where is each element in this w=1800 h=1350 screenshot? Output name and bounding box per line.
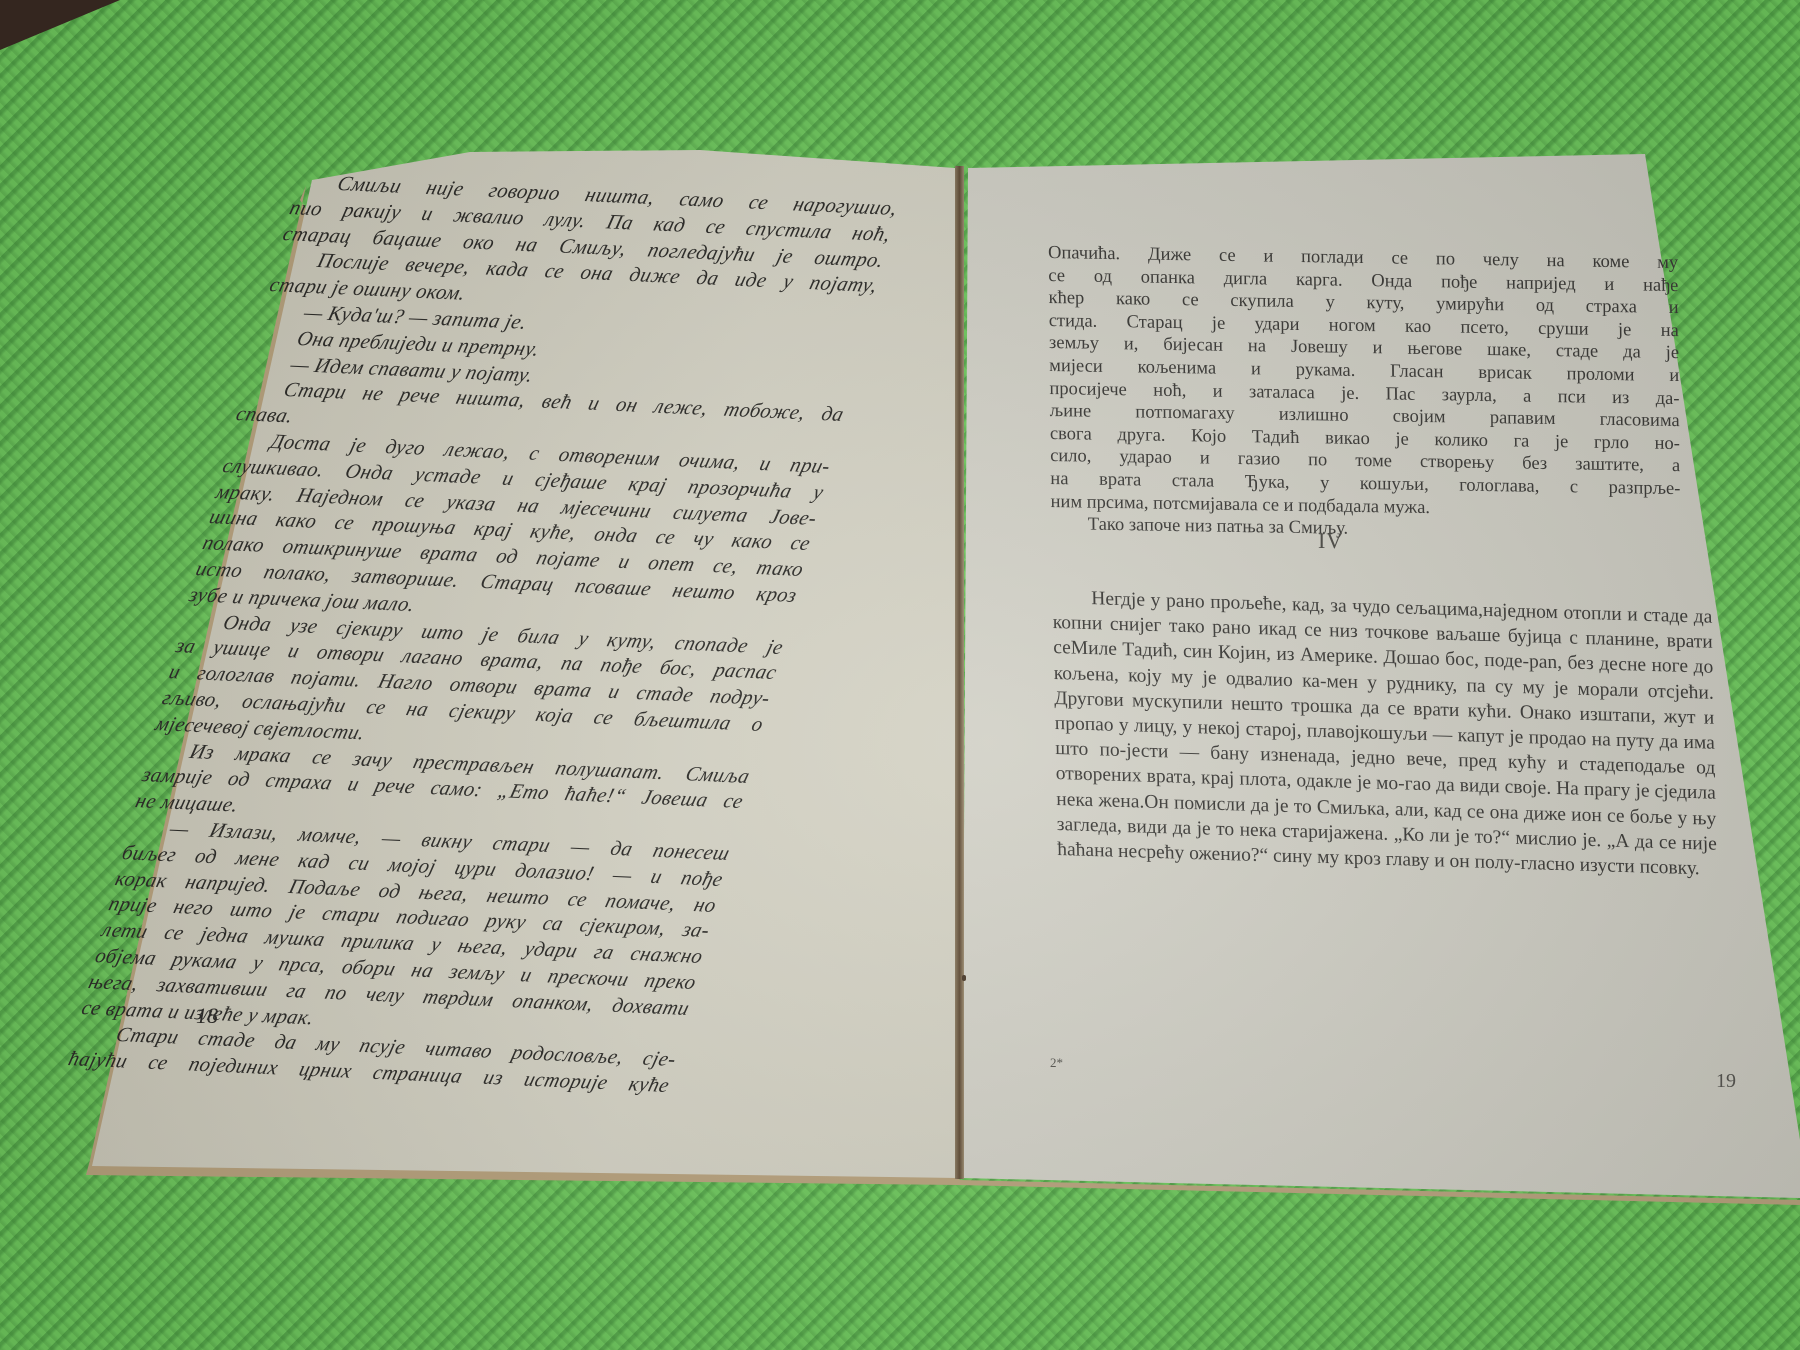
printer-signature-mark: 2* bbox=[1050, 1055, 1063, 1071]
chapter-heading: IV bbox=[1318, 528, 1343, 554]
right-page-text-section-1: Опачића. Диже се и поглади се по челу на… bbox=[1048, 242, 1681, 546]
text-line: гласно изусти псовку. bbox=[1520, 853, 1699, 879]
right-page-text-section-2: Негдје у рано прољеће, кад, за чудо сеља… bbox=[1052, 585, 1718, 882]
book-spine bbox=[955, 166, 964, 1179]
binding-staple bbox=[962, 975, 966, 981]
page-number-left: 18 bbox=[196, 1003, 218, 1029]
page-number-right: 19 bbox=[1716, 1070, 1736, 1093]
